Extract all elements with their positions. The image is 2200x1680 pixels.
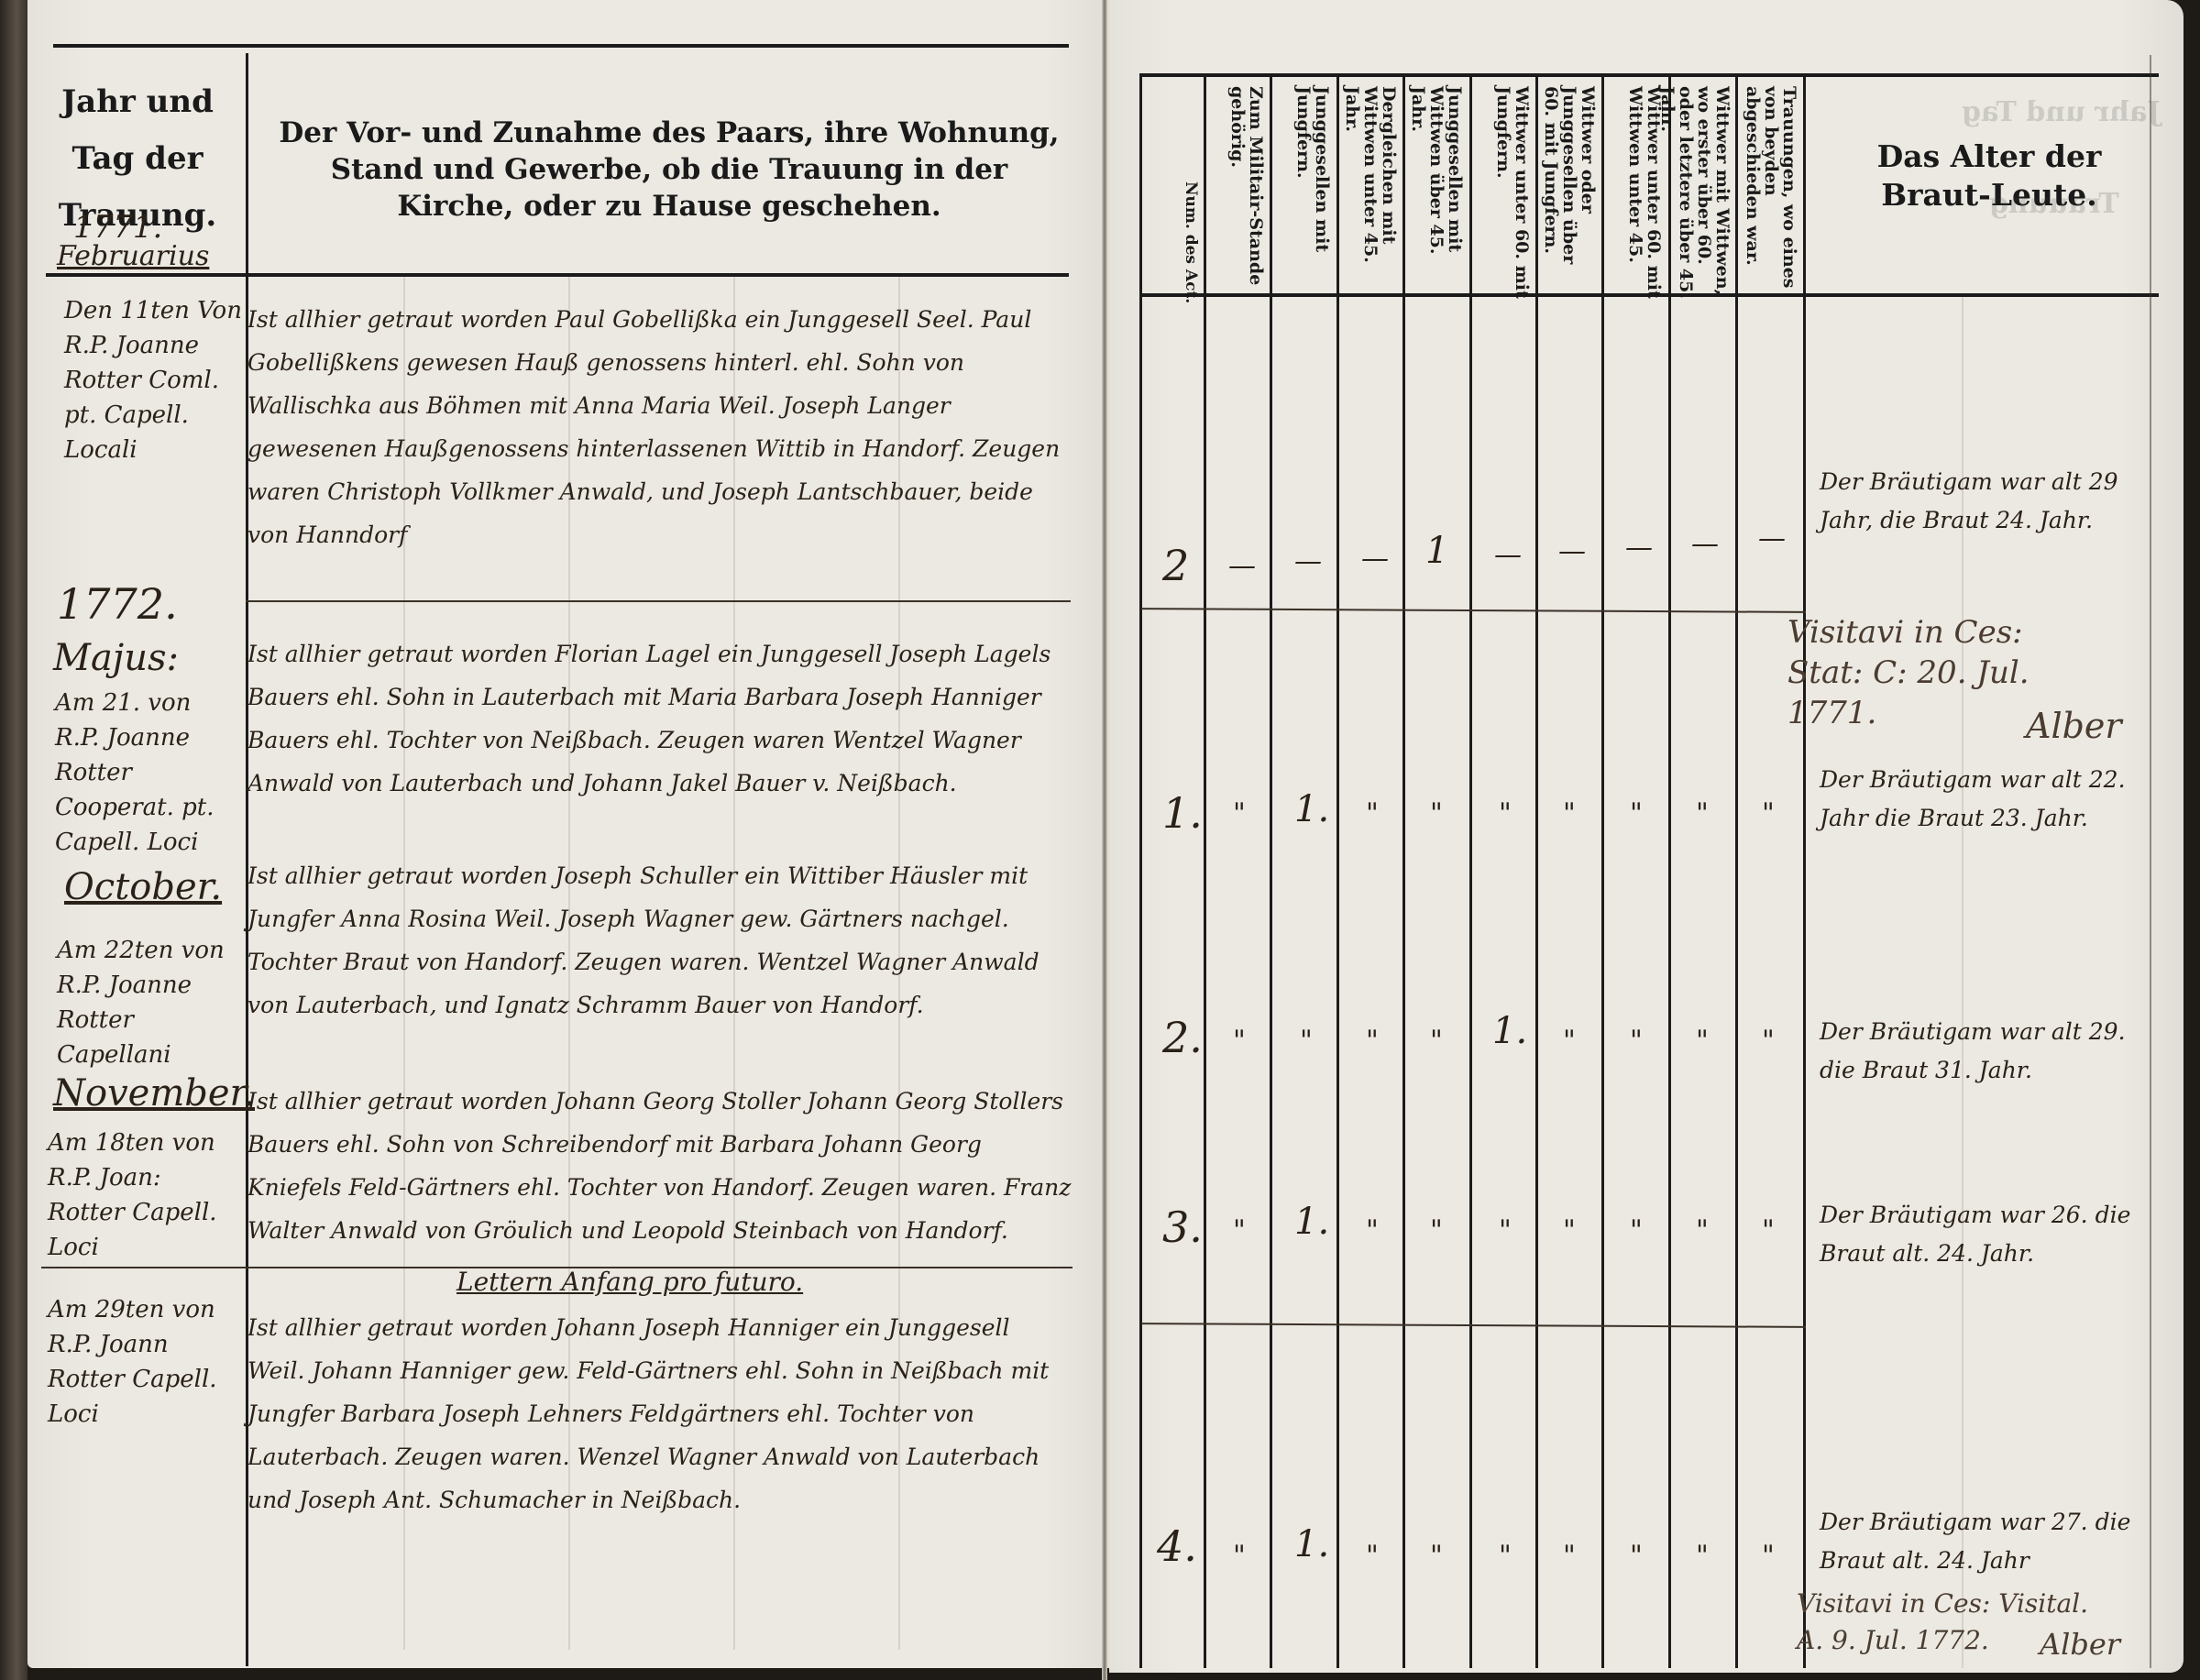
category-mark: ": [1696, 1214, 1709, 1246]
ruled-guide: [898, 275, 900, 1650]
category-mark: ": [1630, 797, 1643, 829]
book-spine-edge: [0, 0, 27, 1680]
entry-month: October.: [64, 866, 222, 908]
category-mark: ": [1696, 1540, 1709, 1572]
act-number: 4.: [1157, 1521, 1197, 1571]
category-header: Junggesellen mit Jungfern.: [1276, 81, 1331, 299]
category-mark: ": [1233, 797, 1246, 829]
category-mark: 1: [1425, 530, 1448, 572]
age-note: Der Bräutigam war alt 29 Jahr, die Braut…: [1820, 463, 2159, 540]
category-mark: ": [1499, 797, 1512, 829]
category-mark: 1.: [1294, 1523, 1329, 1565]
category-mark: ": [1563, 1025, 1576, 1057]
entry-date-note: Den 11ten Von R.P. Joanne Rotter Coml. p…: [64, 293, 243, 467]
entry-date-note: Am 18ten von R.P. Joan: Rotter Capell. L…: [48, 1125, 240, 1265]
column-line: [1469, 73, 1472, 1668]
category-mark: —: [1625, 532, 1653, 564]
age-note: Der Bräutigam war 26. die Braut alt. 24.…: [1820, 1196, 2159, 1273]
category-mark: ": [1430, 1214, 1443, 1246]
act-number: 2: [1162, 541, 1189, 590]
category-mark: ": [1233, 1540, 1246, 1572]
age-note: Der Bräutigam war 27. die Braut alt. 24.…: [1820, 1503, 2159, 1580]
column-line: [1735, 73, 1738, 1668]
entry-text: Ist allhier getraut worden Florian Lagel…: [247, 632, 1072, 805]
entry-text: Ist allhier getraut worden Joseph Schull…: [247, 854, 1072, 1027]
bleed-through-text: Jahr und Tag: [1962, 96, 2161, 128]
category-mark: ": [1630, 1540, 1643, 1572]
category-mark: ": [1430, 1025, 1443, 1057]
column-line: [1668, 73, 1671, 1668]
entry-date-note: Am 21. von R.P. Joanne Rotter Cooperat. …: [55, 686, 238, 860]
column-line: [1803, 73, 1806, 1668]
entry-date-note: Am 29ten von R.P. Joann Rotter Capell. L…: [48, 1292, 240, 1432]
column-line: [1402, 73, 1405, 1668]
ruled-guide: [568, 275, 570, 1650]
num-act-header: Num. des Act.: [1149, 81, 1200, 394]
entry-month: Majus:: [53, 637, 179, 679]
category-mark: —: [1294, 545, 1322, 577]
category-mark: ": [1233, 1025, 1246, 1057]
header-month: Februarius: [57, 240, 209, 272]
column-line: [1139, 73, 1142, 1668]
category-mark: ": [1696, 797, 1709, 829]
category-header: Wittwer unter 60. mit Jungfern.: [1476, 81, 1531, 299]
entry-month: November.: [53, 1072, 255, 1115]
category-header: Junggesellen mit Wittwen über 45. Jahr.: [1409, 81, 1464, 299]
category-mark: ": [1762, 1025, 1775, 1057]
column-line: [1535, 73, 1538, 1668]
entry-separator: [246, 600, 1071, 602]
category-mark: —: [1228, 550, 1256, 582]
category-mark: —: [1494, 539, 1522, 571]
category-mark: ": [1563, 1214, 1576, 1246]
category-mark: ": [1762, 797, 1775, 829]
header-top-rule: [1141, 73, 2159, 77]
category-mark: ": [1499, 1214, 1512, 1246]
ruled-guide: [403, 275, 405, 1650]
category-mark: ": [1366, 1214, 1379, 1246]
category-header: Dergleichen mit Wittwen unter 45. Jahr.: [1343, 81, 1398, 299]
entry-text: Ist allhier getraut worden Johann Georg …: [247, 1080, 1072, 1252]
category-mark: ": [1233, 1214, 1246, 1246]
category-mark: 1.: [1294, 1201, 1329, 1243]
act-number: 2.: [1162, 1013, 1203, 1062]
book-gutter: [1102, 0, 1107, 1680]
column-line: [1336, 73, 1339, 1668]
category-mark: —: [1361, 543, 1389, 575]
category-mark: ": [1366, 1540, 1379, 1572]
category-mark: —: [1691, 528, 1719, 560]
category-mark: ": [1630, 1214, 1643, 1246]
entry-year: 1772.: [57, 579, 178, 629]
act-number: 1.: [1162, 788, 1203, 838]
page-edge-line: [2150, 55, 2151, 1668]
category-mark: —: [1758, 522, 1786, 555]
category-mark: ": [1499, 1540, 1512, 1572]
category-header: Wittwer oder Junggesellen über 60. mit J…: [1542, 81, 1597, 299]
category-header: Trauungen, wo eines von beyden abgeschie…: [1742, 81, 1798, 299]
bleed-through-text: Trauung: [1989, 188, 2119, 220]
visitation-signature: Alber: [2040, 1627, 2120, 1662]
description-column-header: Der Vor- und Zunahme des Paars, ihre Woh…: [270, 115, 1068, 225]
category-mark: ": [1430, 1540, 1443, 1572]
column-line: [1601, 73, 1604, 1668]
header-bottom-rule: [46, 273, 1069, 277]
category-mark: ": [1366, 1025, 1379, 1057]
category-mark: 1.: [1294, 788, 1329, 830]
ruled-guide: [1962, 293, 1963, 1668]
entry-heading: Lettern Anfang pro futuro.: [456, 1267, 803, 1297]
category-mark: 1.: [1492, 1010, 1527, 1052]
category-mark: ": [1430, 797, 1443, 829]
entry-text: Ist allhier getraut worden Paul Gobelliß…: [247, 298, 1072, 556]
column-line: [1204, 73, 1206, 1668]
column-line: [1270, 73, 1272, 1668]
entry-text: Ist allhier getraut worden Johann Joseph…: [247, 1306, 1072, 1521]
entry-date-note: Am 22ten von R.P. Joanne Rotter Capellan…: [57, 933, 240, 1072]
category-header: Zum Militair-Stande gehörig.: [1210, 81, 1265, 299]
category-mark: ": [1366, 797, 1379, 829]
category-mark: ": [1696, 1025, 1709, 1057]
act-number: 3.: [1162, 1202, 1203, 1252]
age-note: Der Bräutigam war alt 22. Jahr die Braut…: [1820, 761, 2159, 838]
category-mark: ": [1300, 1025, 1313, 1057]
category-mark: ": [1762, 1214, 1775, 1246]
category-mark: ": [1630, 1025, 1643, 1057]
visitation-signature: Alber: [2026, 706, 2122, 746]
header-top-rule: [53, 44, 1069, 48]
category-header: Wittwer mit Wittwen, wo erster über 60. …: [1675, 81, 1732, 299]
category-mark: ": [1563, 1540, 1576, 1572]
category-mark: ": [1563, 797, 1576, 829]
ruled-guide: [733, 275, 735, 1650]
category-mark: ": [1762, 1540, 1775, 1572]
age-note: Der Bräutigam war alt 29. die Braut 31. …: [1820, 1013, 2159, 1090]
category-header: Wittwer unter 60. mit Wittwen unter 45.: [1608, 81, 1663, 299]
category-mark: —: [1558, 535, 1586, 567]
